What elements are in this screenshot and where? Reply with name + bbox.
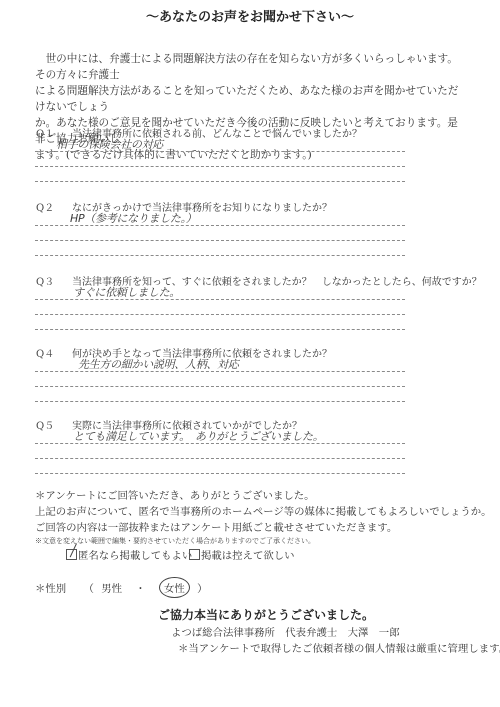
answer-line bbox=[35, 181, 405, 182]
edit-disclaimer: ※文意を変えない範囲で編集・要約させていただく場合がありますのでご了承ください。 bbox=[35, 536, 315, 546]
answer-line bbox=[35, 458, 405, 459]
handwritten-answer: 先生方の細かい説明、人柄、対応 bbox=[78, 356, 239, 372]
answer-line bbox=[35, 166, 405, 167]
separator: ・ bbox=[135, 583, 145, 595]
consent-question: 上記のお声について、匿名で当事務所のホームページ等の媒体に掲載してもよろしいでし… bbox=[35, 503, 492, 518]
answer-line bbox=[35, 255, 405, 256]
answer-line bbox=[35, 386, 405, 387]
option-label: 匿名なら掲載してもよい bbox=[78, 550, 192, 562]
thanks-note: ＊アンケートにご回答いただき、ありがとうございました。 bbox=[35, 487, 315, 502]
question-label: Q１ bbox=[36, 125, 54, 140]
consent-detail: ご回答の内容は一部抜粋またはアンケート用紙ごと載せさせていただきます。 bbox=[35, 519, 397, 534]
checkbox-checked[interactable] bbox=[66, 549, 77, 560]
checkbox-unchecked[interactable] bbox=[189, 549, 200, 560]
gender-option-male[interactable]: 男性 bbox=[101, 583, 122, 595]
question-label: Q２ bbox=[36, 199, 54, 214]
answer-line bbox=[35, 401, 405, 402]
answer-line bbox=[35, 240, 405, 241]
gender-option-female-circled[interactable]: 女性 bbox=[159, 577, 190, 598]
handwritten-answer: すぐに依頼しました。 bbox=[73, 284, 180, 300]
answer-line bbox=[35, 371, 405, 372]
question-label: Q３ bbox=[36, 273, 54, 288]
intro-line: による問題解決方法があることを知っていただくため、あなた様のお声を聞かせていただ… bbox=[35, 83, 465, 115]
paren-close: ） bbox=[197, 583, 207, 595]
privacy-note: ＊当アンケートで取得したご依頼者様の個人情報は厳重に管理します。 bbox=[178, 640, 500, 655]
answer-line bbox=[35, 473, 405, 474]
option-label: 掲載は控えて欲しい bbox=[201, 550, 295, 562]
gender-label: ＊性別 bbox=[35, 583, 66, 595]
handwritten-answer: とても満足しています。 ありがとうございました。 bbox=[73, 428, 323, 444]
intro-line: 世の中には、弁護士による問題解決方法の存在を知らない方が多くいらっしゃいます。そ… bbox=[35, 51, 465, 83]
paren-open: （ bbox=[83, 583, 93, 595]
consent-option-decline[interactable]: 掲載は控えて欲しい bbox=[189, 547, 295, 562]
answer-line bbox=[35, 225, 405, 226]
gender-field: ＊性別 （ 男性 ・ 女性 ） bbox=[35, 577, 207, 598]
closing-thanks: ご協力本当にありがとうございました。 bbox=[158, 606, 374, 623]
answer-line bbox=[35, 443, 405, 444]
question-label: Q４ bbox=[36, 345, 54, 360]
question-label: Q５ bbox=[36, 417, 54, 432]
signature: よつば総合法律事務所 代表弁護士 大澤 一郎 bbox=[171, 624, 400, 639]
handwritten-answer: HP（参考になりました。） bbox=[70, 210, 197, 226]
answer-line bbox=[35, 151, 405, 152]
answer-line bbox=[35, 329, 405, 330]
handwritten-answer: 相手の保険会社の対応 bbox=[56, 136, 163, 152]
consent-option-anonymous[interactable]: 匿名なら掲載してもよい bbox=[66, 547, 192, 562]
page-title: ～あなたのお声をお聞かせ下さい～ bbox=[0, 6, 500, 25]
answer-line bbox=[35, 314, 405, 315]
answer-line bbox=[35, 299, 405, 300]
